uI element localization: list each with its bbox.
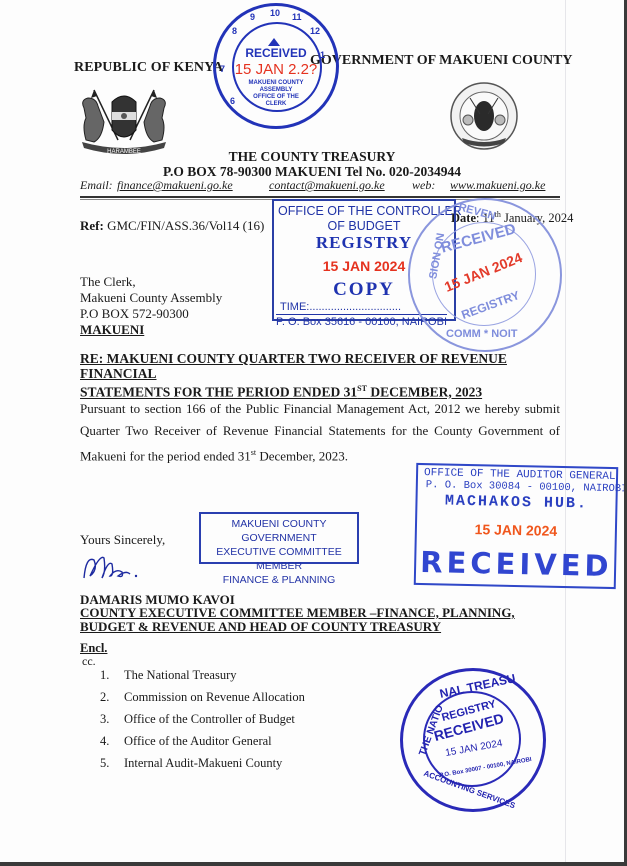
cc-item: 4.Office of the Auditor General [100,730,305,752]
letter-page: REPUBLIC OF KENYA GOVERNMENT OF MAKUENI … [0,0,624,862]
ref-label: Ref: [80,218,104,233]
makueni-county-emblem-icon [440,80,528,152]
cc-item: 5.Internal Audit-Makueni County [100,752,305,774]
signature-icon [80,550,150,586]
letter-subject: RE: MAKUENI COUNTY QUARTER TWO RECEIVER … [80,351,560,400]
received-triangle-icon [268,38,280,46]
executive-committee-stamp: MAKUENI COUNTY GOVERNMENT EXECUTIVE COMM… [199,512,359,564]
national-treasury-stamp: NAL TREASU THE NATIO REGISTRY RECEIVED 1… [400,668,546,812]
office-name: THE COUNTY TREASURY [0,149,624,165]
contact-email-link[interactable]: contact@makueni.go.ke [269,178,385,193]
recipient-address: The Clerk, Makueni County Assembly P.O B… [80,274,222,338]
cc-list: 1.The National Treasury 2.Commission on … [100,664,305,774]
email-label: Email: [80,178,113,193]
ref-value: GMC/FIN/ASS.36/Vol14 (16) [107,218,264,233]
cc-item: 3.Office of the Controller of Budget [100,708,305,730]
reference-number: Ref: GMC/FIN/ASS.36/Vol14 (16) [80,218,264,234]
cc-item: 2.Commission on Revenue Allocation [100,686,305,708]
cc-label: cc. [82,654,96,669]
cra-received-stamp: REVEN SION ON COMM * NOIT RECEIVED 15 JA… [408,198,562,352]
republic-title: REPUBLIC OF KENYA [74,60,223,76]
website-link[interactable]: www.makueni.go.ke [450,178,545,193]
signatory-title: COUNTY EXECUTIVE COMMITTEE MEMBER –FINAN… [80,606,570,634]
finance-email-link[interactable]: finance@makueni.go.ke [117,178,233,193]
letter-body: Pursuant to section 166 of the Public Fi… [80,398,560,467]
closing-salutation: Yours Sincerely, [80,532,165,548]
web-label: web: [412,178,435,193]
scan-artifact-line [565,0,566,862]
county-assembly-received-stamp: 9 10 11 12 1 8 7 6 RECEIVED 15 JAN 2.2? … [213,3,339,129]
county-title: GOVERNMENT OF MAKUENI COUNTY [310,53,573,69]
auditor-general-stamp: OFFICE OF THE AUDITOR GENERAL P. O. Box … [414,463,619,589]
cc-item: 1.The National Treasury [100,664,305,686]
